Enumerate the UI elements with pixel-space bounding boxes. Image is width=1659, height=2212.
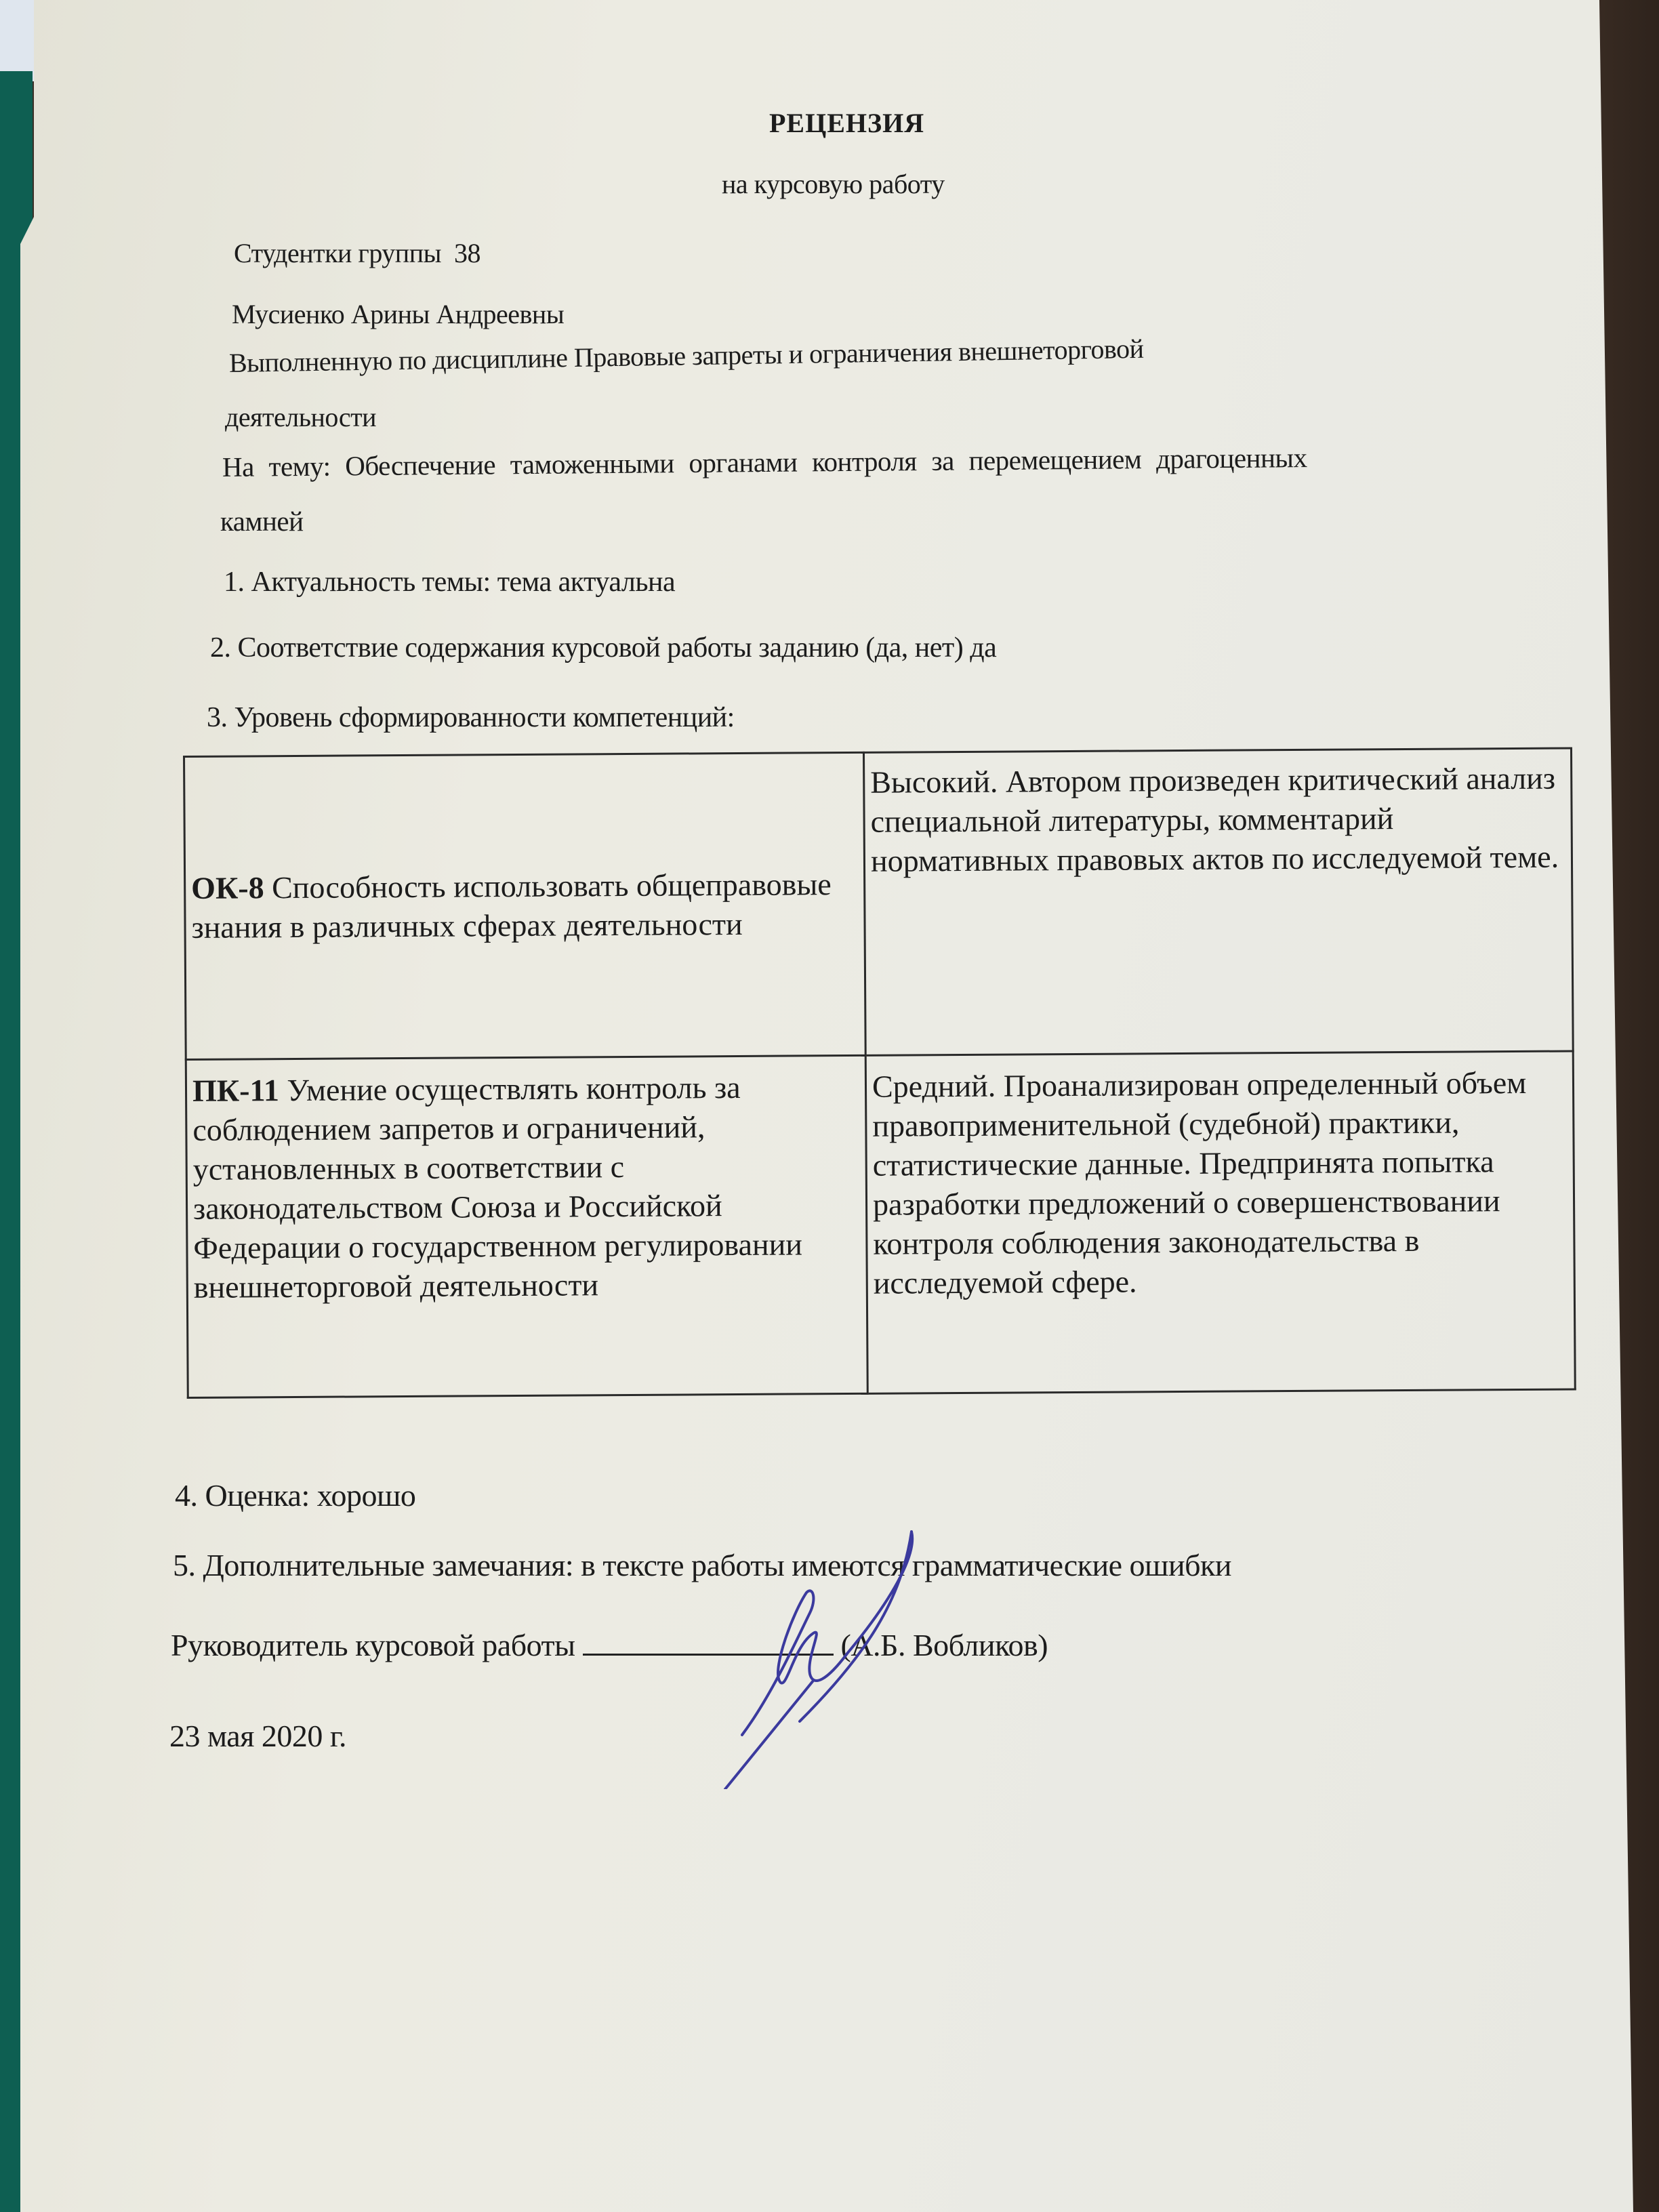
student-group-line: Студентки группы 38 (234, 237, 480, 269)
discipline-line-1: Выполненную по дисциплине Правовые запре… (229, 333, 1144, 379)
assessment-cell: Средний. Проанализирован определенный об… (865, 1051, 1575, 1393)
competency-code: ПК-11 (192, 1073, 279, 1108)
item-correspondence: 2. Соответствие содержания курсовой рабо… (210, 632, 996, 664)
competency-code: ОК-8 (191, 870, 264, 905)
table-row: ОК-8 Способность использовать общеправов… (184, 748, 1574, 1059)
competency-description: Способность использовать общеправовые зн… (191, 867, 831, 945)
competency-cell: ПК-11 Умение осуществлять контроль за со… (186, 1055, 867, 1397)
review-document: РЕЦЕНЗИЯ на курсовую работу Студентки гр… (0, 0, 1659, 2212)
competency-description: Умение осуществлять контроль за соблюден… (192, 1070, 802, 1305)
competency-assessment: Высокий. Автором произведен критический … (870, 761, 1559, 878)
competency-assessment: Средний. Проанализирован определенный об… (872, 1065, 1527, 1300)
table-row: ПК-11 Умение осуществлять контроль за со… (186, 1051, 1575, 1397)
item-relevance: 1. Актуальность темы: тема актуальна (224, 566, 675, 598)
topic-line-2: камней (220, 505, 304, 537)
competency-cell: ОК-8 Способность использовать общеправов… (184, 752, 866, 1059)
assessment-cell: Высокий. Автором произведен критический … (864, 748, 1574, 1055)
competencies-table: ОК-8 Способность использовать общеправов… (183, 747, 1576, 1399)
student-group-number: 38 (454, 238, 480, 268)
supervisor-label: Руководитель курсовой работы (171, 1628, 575, 1662)
handwritten-signature (678, 1518, 962, 1789)
student-group-label: Студентки группы (234, 238, 441, 268)
item-competency-level: 3. Уровень сформированности компетенций: (207, 701, 735, 734)
discipline-line-2: деятельности (225, 401, 376, 433)
student-name: Мусиенко Арины Андреевны (232, 298, 564, 330)
topic-line-1: На тему: Обеспечение таможенными органам… (222, 441, 1307, 483)
document-subtitle: на курсовую работу (722, 168, 945, 200)
grade: 4. Оценка: хорошо (175, 1477, 415, 1513)
review-date: 23 мая 2020 г. (169, 1718, 346, 1754)
document-title: РЕЦЕНЗИЯ (769, 107, 924, 139)
